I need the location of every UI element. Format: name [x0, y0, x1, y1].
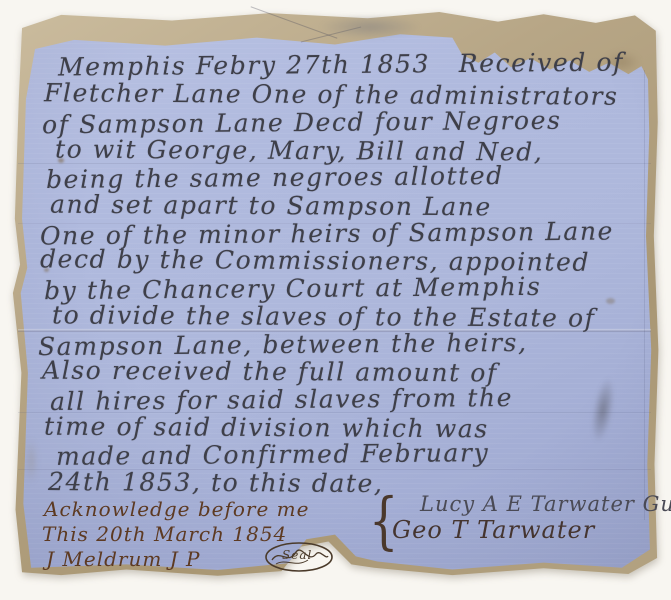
handwritten-line: all hires for said slaves from the	[50, 383, 513, 416]
scanned-document-photo: Memphis Febry 27th 1853 Received of Flet…	[0, 0, 671, 600]
handwritten-line: made and Confirmed February	[56, 438, 490, 471]
handwritten-line: and set apart to Sampson Lane	[50, 190, 492, 222]
acknowledgment-line: Acknowledge before me	[44, 497, 309, 521]
acknowledgment-line: This 20th March 1854	[42, 522, 287, 546]
signature-line: Geo T Tarwater	[392, 516, 595, 544]
signature-line: Lucy A E Tarwater Guard	[420, 492, 671, 516]
handwritten-line: Also received the full amount of	[42, 356, 498, 388]
seal-label: Seal	[282, 548, 312, 562]
acknowledgment-line: J Meldrum J P	[46, 547, 200, 571]
handwritten-line: 24th 1853, to this date,	[48, 467, 384, 498]
handwritten-line: Memphis Febry 27th 1853 Received of	[58, 48, 624, 82]
seal: Seal	[262, 540, 336, 580]
handwriting-layer: Memphis Febry 27th 1853 Received of Flet…	[0, 0, 671, 600]
